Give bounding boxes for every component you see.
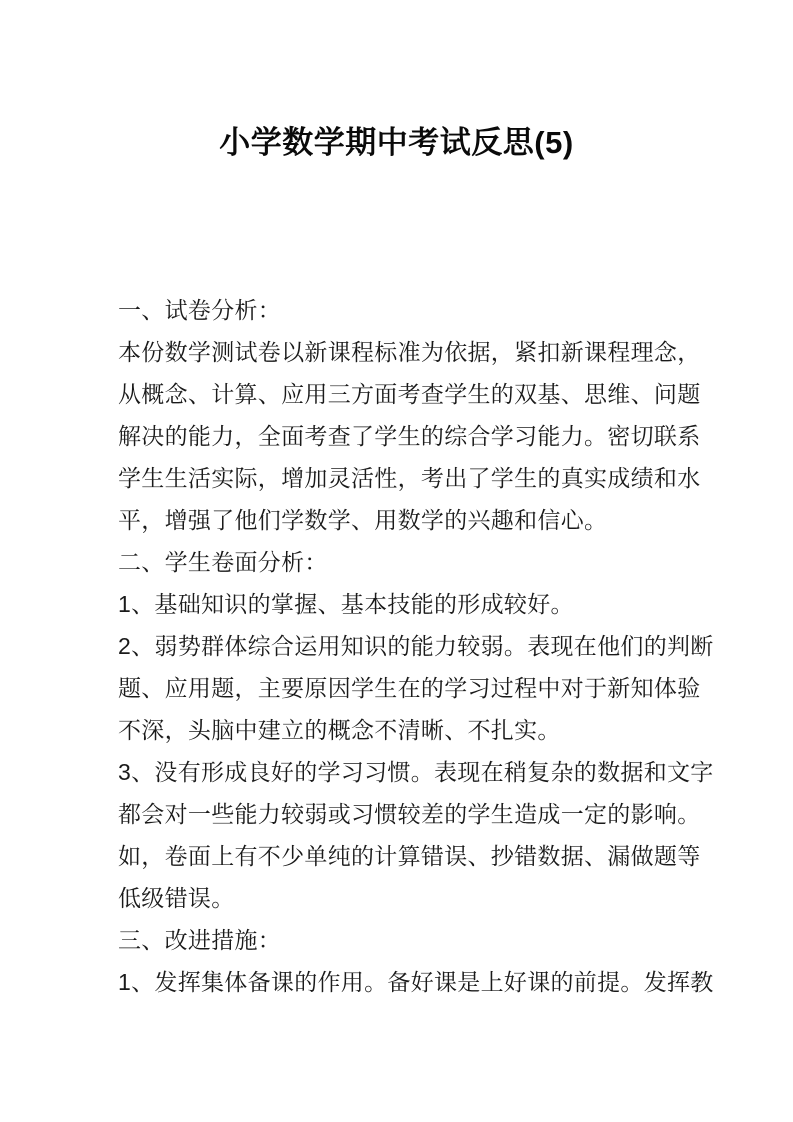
- text-line: 2、弱势群体综合运用知识的能力较弱。表现在他们的判断: [118, 625, 738, 667]
- document-body: 一、试卷分析：本份数学测试卷以新课程标准为依据，紧扣新课程理念，从概念、计算、应…: [118, 289, 738, 1003]
- text-line: 不深，头脑中建立的概念不清晰、不扎实。: [118, 709, 738, 751]
- document-title: 小学数学期中考试反思(5): [0, 121, 793, 165]
- text-line: 如，卷面上有不少单纯的计算错误、抄错数据、漏做题等: [118, 835, 738, 877]
- text-line: 都会对一些能力较弱或习惯较差的学生造成一定的影响。: [118, 793, 738, 835]
- text-line: 低级错误。: [118, 877, 738, 919]
- text-line: 1、基础知识的掌握、基本技能的形成较好。: [118, 583, 738, 625]
- text-line: 3、没有形成良好的学习习惯。表现在稍复杂的数据和文字: [118, 751, 738, 793]
- text-line: 本份数学测试卷以新课程标准为依据，紧扣新课程理念，: [118, 331, 738, 373]
- text-line: 三、改进措施：: [118, 919, 738, 961]
- text-line: 学生生活实际，增加灵活性，考出了学生的真实成绩和水: [118, 457, 738, 499]
- text-line: 题、应用题，主要原因学生在的学习过程中对于新知体验: [118, 667, 738, 709]
- text-line: 一、试卷分析：: [118, 289, 738, 331]
- text-line: 二、学生卷面分析：: [118, 541, 738, 583]
- document-page: 小学数学期中考试反思(5) 一、试卷分析：本份数学测试卷以新课程标准为依据，紧扣…: [0, 0, 793, 1122]
- text-line: 从概念、计算、应用三方面考查学生的双基、思维、问题: [118, 373, 738, 415]
- text-line: 1、发挥集体备课的作用。备好课是上好课的前提。发挥教: [118, 961, 738, 1003]
- text-line: 解决的能力，全面考查了学生的综合学习能力。密切联系: [118, 415, 738, 457]
- text-line: 平，增强了他们学数学、用数学的兴趣和信心。: [118, 499, 738, 541]
